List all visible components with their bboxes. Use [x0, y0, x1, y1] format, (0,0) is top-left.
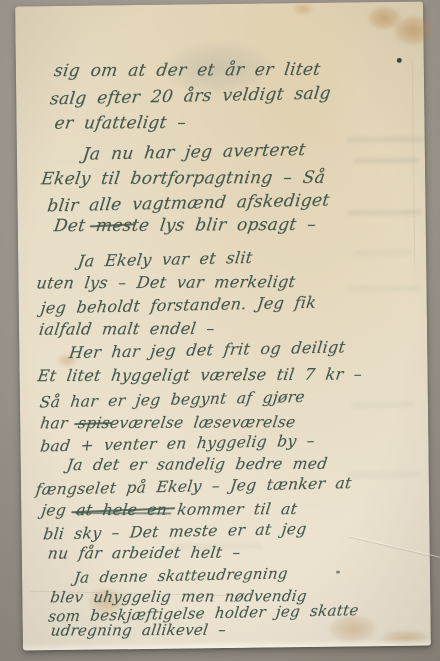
letter-page: sig om at der et år er litet salg efter … — [15, 2, 431, 651]
show-through-ghost — [348, 210, 422, 216]
show-through-ghost — [349, 286, 419, 292]
paper-crease — [412, 62, 416, 272]
handwritten-line: fængselet på Ekely – Jeg tænker at — [35, 474, 353, 499]
handwritten-line: Ja det er sandelig bedre med — [66, 455, 329, 474]
handwritten-line: Så har er jeg begynt af gjøre — [39, 388, 306, 412]
show-through-ghost — [352, 402, 414, 408]
handwritten-line: sig om at der et år er litet — [53, 60, 322, 81]
handwritten-line: Et litet hyggeligt værelse til 7 kr – — [36, 364, 363, 385]
handwritten-line: jeg at hele en kommer til at — [40, 500, 298, 519]
handwritten-line: Her har jeg det frit og deiligt — [68, 337, 346, 362]
handwritten-line: salg efter 20 års veldigt salg — [49, 83, 332, 109]
ink-speck — [336, 571, 340, 574]
handwritten-line: Ekely til bortforpagtning – Så — [40, 168, 327, 190]
handwritten-line: bli sky – Det meste er at jeg — [42, 520, 307, 544]
handwritten-line: bad + venter en hyggelig by – — [39, 432, 316, 456]
handwritten-line: ialfald malt endel – — [38, 319, 216, 339]
handwritten-line: jeg beholdt forstanden. Jeg fik — [39, 293, 317, 318]
handwritten-line: Ja denne skatteudregning — [73, 564, 289, 587]
stain-spot — [293, 3, 313, 15]
handwritten-line: udregning allikevel – — [50, 621, 228, 640]
handwritten-line: uten lys – Det var merkeligt — [35, 272, 296, 292]
handwritten-line: blir alle vagtmænd afskediget — [46, 190, 331, 216]
photo-background: sig om at der et år er litet salg efter … — [0, 0, 440, 661]
handwritten-line: er ufatteligt – — [53, 113, 187, 134]
handwritten-line: Ja nu har jeg averteret — [82, 140, 307, 165]
show-through-ghost — [353, 158, 419, 164]
handwritten-line: Ja Ekely var et slit — [77, 248, 254, 271]
ink-speck — [397, 58, 402, 63]
handwritten-line: nu får arbeidet helt – — [47, 543, 242, 562]
show-through-ghost — [349, 472, 419, 478]
show-through-ghost — [354, 250, 414, 256]
stain-spot — [367, 6, 401, 30]
paper-crease — [349, 535, 440, 565]
stain-spot — [381, 630, 429, 647]
stain-spot — [393, 15, 433, 45]
show-through-ghost — [347, 137, 425, 143]
